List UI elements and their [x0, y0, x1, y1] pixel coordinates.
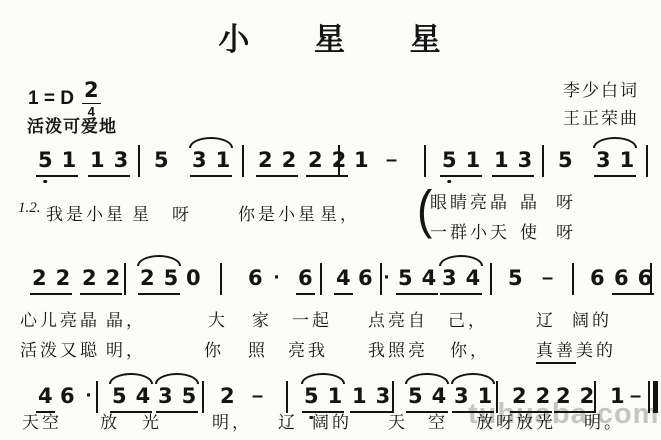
note-group: 25	[138, 266, 180, 295]
note-digit: 5	[154, 148, 169, 172]
note-digit: 4	[422, 266, 437, 290]
sustain-dash: –	[252, 384, 263, 408]
slur-arc	[593, 137, 637, 148]
note-group: 22	[256, 148, 298, 177]
note-digit: 1	[620, 148, 635, 172]
slur-arc	[405, 373, 449, 384]
lyric-segment: 一群小天	[430, 218, 510, 243]
note-digit: 4	[432, 384, 447, 408]
note-group: 51	[36, 148, 78, 177]
note-digit: 5	[164, 266, 179, 290]
lyric-segment: 明，	[212, 408, 252, 433]
note-group: 54	[396, 266, 438, 295]
note: 6·	[246, 266, 283, 293]
slur-arc	[439, 255, 483, 266]
composer-credit: 王正荣曲	[563, 104, 639, 129]
note-digit: 1	[466, 148, 481, 172]
lyric-segment: 美的	[576, 336, 616, 361]
note-group: 66	[612, 266, 654, 295]
barline	[424, 145, 426, 177]
note-digit: 3	[376, 384, 391, 408]
note-digit: 6	[590, 266, 605, 290]
lyric-segment: 空	[428, 408, 448, 433]
note-digit: 3	[114, 148, 129, 172]
lyric-segment: 我照亮	[368, 336, 428, 361]
tempo-marking: 活泼可爱地	[27, 112, 117, 137]
dotted-note-dot: ·	[274, 266, 281, 290]
note-digit: 5	[508, 266, 523, 290]
barline	[650, 263, 652, 295]
note-digit: 1	[354, 148, 369, 172]
note-digit: 6	[298, 266, 313, 290]
key-label: 1 = D	[28, 88, 74, 110]
note-digit: 1	[610, 384, 625, 408]
lyrics-verse-3: 天空放光明，辽阔的天空放呀放光明。	[0, 408, 661, 434]
barline	[242, 145, 244, 177]
note-digit: 1	[352, 384, 367, 408]
note-digit: 3	[454, 384, 469, 408]
note-digit: 1	[90, 148, 105, 172]
note-digit: 3	[442, 266, 457, 290]
note-digit: 4	[38, 384, 53, 408]
note-digit: 1	[494, 148, 509, 172]
note-digit: 4	[136, 384, 151, 408]
note: 5	[506, 266, 525, 293]
note-digit: 2	[282, 148, 297, 172]
note-digit: 2	[32, 266, 47, 290]
lyrics-verse-1b: 心儿亮晶晶，大家一起点亮自己，辽阔的	[0, 306, 661, 332]
lyric-segment: 你，	[450, 336, 490, 361]
lyric-segment: 光	[142, 408, 162, 433]
slur-arc	[189, 137, 233, 148]
sustain-dash: –	[630, 384, 641, 408]
note-digit: 2	[56, 266, 71, 290]
barline	[490, 263, 492, 295]
lyric-segment: 活泼又聪	[20, 336, 100, 361]
lyric-segment: 阔的	[312, 408, 352, 433]
note-digit: 2	[536, 384, 551, 408]
note-digit: 6	[358, 266, 373, 290]
note-digit: 2	[308, 148, 323, 172]
note-digit: 5	[398, 266, 413, 290]
barline	[220, 263, 222, 295]
lyric-segment: 你	[204, 336, 224, 361]
note-digit: 6	[248, 266, 263, 290]
lyrics-alt-top: 眼睛亮晶晶呀	[0, 188, 661, 214]
note-digit: 1	[478, 384, 493, 408]
lyric-segment: 辽	[278, 408, 298, 433]
note-digit: 5	[558, 148, 573, 172]
low-octave-dot	[44, 180, 48, 184]
note-digit: 1	[62, 148, 77, 172]
lyric-segment: 天	[388, 408, 408, 433]
lyric-segment: 点亮自	[368, 306, 428, 331]
lyric-segment: 家	[252, 306, 272, 331]
note-digit: 2	[258, 148, 273, 172]
sheet-music-page: 小 星 星 1 = D 2 4 活泼可爱地 李少白词 王正荣曲 tuhuaba.…	[0, 0, 661, 440]
note-digit: 3	[192, 148, 207, 172]
note-digit: 2	[82, 266, 97, 290]
note-digit: 4	[466, 266, 481, 290]
melody-line-2: 22222506·646·54345–666	[0, 266, 661, 306]
meter-numerator: 2	[82, 78, 101, 104]
sustain-dash: –	[542, 266, 553, 290]
barline	[646, 145, 648, 177]
note-digit: 4	[336, 266, 351, 290]
lyricist-credit: 李少白词	[563, 76, 639, 101]
note: 2	[218, 384, 237, 411]
lyric-segment: 放呀放光	[476, 408, 556, 433]
lyric-segment: 亮我	[288, 336, 328, 361]
lyric-segment: 阔的	[572, 306, 612, 331]
slur-arc	[301, 373, 345, 384]
note-digit: 5	[408, 384, 423, 408]
note-digit: 5	[182, 384, 197, 408]
dotted-note-dot: ·	[384, 266, 391, 290]
low-octave-dot	[448, 180, 452, 184]
note: 6	[588, 266, 607, 293]
lyric-segment: 大	[208, 306, 228, 331]
lyric-segment: 明，	[106, 336, 146, 361]
lyric-segment: 天空	[22, 408, 62, 433]
note-digit: 6	[614, 266, 629, 290]
note-group: 34	[440, 266, 482, 295]
lyric-segment: 真善	[536, 336, 576, 364]
barline	[572, 263, 574, 295]
barline	[138, 145, 140, 177]
note-group: 22	[80, 266, 122, 295]
lyric-segment: 放	[100, 408, 120, 433]
lyric-segment: 己，	[448, 306, 488, 331]
note: 6	[296, 266, 315, 295]
note-group: 22	[306, 148, 348, 177]
note-group: 31	[190, 148, 232, 177]
note-digit: 2	[106, 266, 121, 290]
note-digit: 2	[556, 384, 571, 408]
dotted-note-dot: ·	[86, 384, 93, 408]
note: 5	[152, 148, 171, 175]
lyric-segment: 心儿亮晶	[20, 306, 100, 331]
melody-line-1: 511353122221–5113531	[0, 148, 661, 188]
lyric-segment: 晶，	[106, 306, 146, 331]
lyric-segment: 晶	[520, 188, 540, 213]
barline	[380, 263, 382, 295]
slur-arc	[109, 373, 153, 384]
note-group: 13	[492, 148, 534, 177]
note-digit: 3	[158, 384, 173, 408]
barline	[542, 145, 544, 177]
note-digit: 3	[596, 148, 611, 172]
lyric-segment: 眼睛亮晶	[430, 188, 510, 213]
lyric-segment: 使	[520, 218, 540, 243]
note: 1	[352, 148, 371, 175]
note-digit: 5	[304, 384, 319, 408]
note-digit: 1	[328, 384, 343, 408]
note-digit: 5	[112, 384, 127, 408]
note: 1	[608, 384, 627, 411]
note: 6·	[58, 384, 95, 411]
lyric-segment: 一起	[292, 306, 332, 331]
lyric-segment: 呀	[556, 188, 576, 213]
note-digit: 2	[140, 266, 155, 290]
note-digit: 5	[442, 148, 457, 172]
note: 0	[184, 266, 203, 293]
barline	[124, 263, 126, 295]
lyric-segment: 明。	[584, 408, 624, 433]
slur-arc	[137, 255, 181, 266]
lyric-segment: 辽	[536, 306, 556, 331]
note: 5	[556, 148, 575, 175]
note-digit: 0	[186, 266, 201, 290]
lyrics-alt-bottom: 一群小天使呀	[0, 218, 661, 244]
note-digit: 2	[580, 384, 595, 408]
note: 6·	[356, 266, 393, 293]
note-group: 13	[88, 148, 130, 177]
note-digit: 3	[518, 148, 533, 172]
note-digit: 2	[220, 384, 235, 408]
note: 4	[334, 266, 353, 295]
note-group: 31	[594, 148, 636, 177]
slur-arc	[451, 373, 495, 384]
note-digit: 2	[512, 384, 527, 408]
note-digit: 1	[216, 148, 231, 172]
barline	[320, 263, 322, 295]
note-digit: 5	[38, 148, 53, 172]
lyrics-verse-2b: 活泼又聪明，你照亮我我照亮你，真善美的	[0, 336, 661, 362]
alt-lyrics-brace: (	[417, 183, 432, 236]
lyric-segment: 照	[248, 336, 268, 361]
slur-arc	[155, 373, 199, 384]
lyric-segment: 呀	[556, 218, 576, 243]
note-digit: 6	[60, 384, 75, 408]
barline	[338, 145, 340, 177]
note-group: 22	[30, 266, 72, 295]
note-group: 51	[440, 148, 482, 177]
sustain-dash: –	[386, 148, 397, 172]
song-title: 小 星 星	[0, 14, 661, 59]
